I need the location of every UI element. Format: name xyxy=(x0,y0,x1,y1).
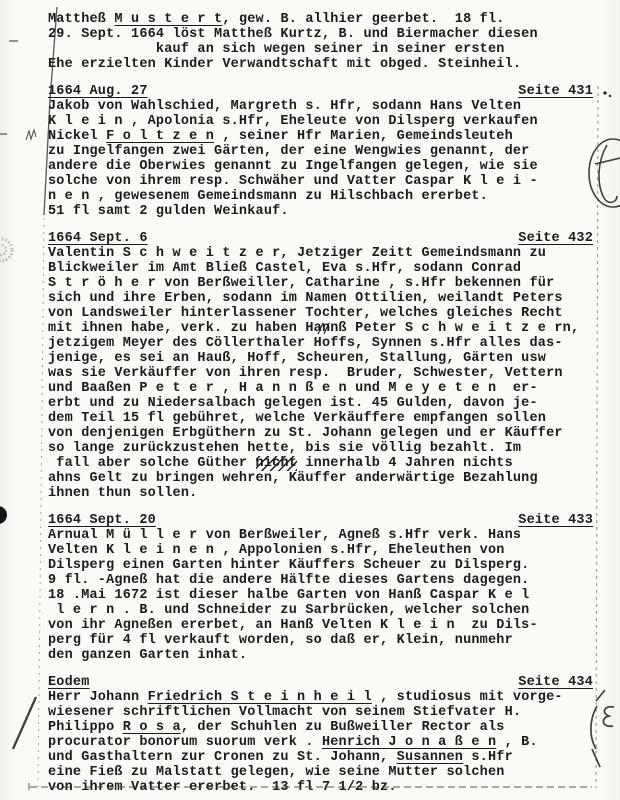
text-line: und Baaßen P e t e r , H a n n ß e n und… xyxy=(48,381,593,396)
text-line: ihnen thun sollen. xyxy=(48,486,593,501)
text-segment: eine Fieß zu Malstatt gelegen, wie seine… xyxy=(48,765,505,780)
underlined-name: R o s a xyxy=(123,720,181,735)
text-line: Mattheß M u s t e r t, gew. B. allhier g… xyxy=(48,12,593,27)
text-line: n e n , gewesenem Gemeindsmann zu Hilsch… xyxy=(48,189,593,204)
text-line: wiesener schriftlichen Vollmacht von sei… xyxy=(48,705,593,720)
entry-date: 1664 Aug. 27 xyxy=(48,84,148,99)
text-segment: so lange zurückzustehen hette, bis sie v… xyxy=(48,441,521,456)
text-segment: K l e i n , Apolonia s.Hfr, Eheleute von… xyxy=(48,114,538,129)
text-line: dem Teil 15 fl gebühret, welche Verkäuff… xyxy=(48,411,593,426)
text-segment: sich und ihre Erben, sodann im Namen Ott… xyxy=(48,291,563,306)
text-line: erbt und zu Niedersalbach gelegen ist. 4… xyxy=(48,396,593,411)
text-segment: Philippo xyxy=(48,720,123,735)
text-segment: von ihr Agneßen ererbet, an Hanß Velten … xyxy=(48,618,538,633)
text-segment: s.Hfr xyxy=(463,750,513,765)
text-segment: perg für 4 fl verkauft worden, so daß er… xyxy=(48,633,513,648)
ink-dot xyxy=(603,91,606,94)
text-segment: , gew. B. allhier geerbet. 18 fl. xyxy=(222,12,504,27)
underlined-name: Friedrich S t e i n h e i l xyxy=(148,690,372,705)
text-segment: Blickweiler im Amt Bließ Castel, Eva s.H… xyxy=(48,261,521,276)
text-segment: , seiner Hfr Marien, Gemeindsleuteh xyxy=(214,129,513,144)
text-line: solche von ihrem resp. Schwäher und Vatt… xyxy=(48,174,593,189)
text-segment: solche von ihrem resp. Schwäher und Vatt… xyxy=(48,174,538,189)
text-segment: den ganzen Garten inhat. xyxy=(48,648,247,663)
text-line: procurator bonorum suorum verk . Henrich… xyxy=(48,735,593,750)
text-line: jenige, es sei an Hauß, Hoff, Scheuren, … xyxy=(48,351,593,366)
text-segment: procurator bonorum suorum verk . xyxy=(48,735,322,750)
text-line: sich und ihre Erben, sodann im Namen Ott… xyxy=(48,291,593,306)
text-line: Ehe erzielten Kinder Verwandtschaft mit … xyxy=(48,57,593,72)
text-segment: was sie Verkäuffer von ihren resp. Brude… xyxy=(48,366,563,381)
text-segment: von Landsweiler hinterlassener Tochter, … xyxy=(48,306,563,321)
text-segment: von denjenigen Erbgüthern zu St. Johann … xyxy=(48,426,563,441)
text-segment: Jakob von Wahlschied, Margreth s. Hfr, s… xyxy=(48,99,521,114)
text-line: 18 .Mai 1672 ist dieser halbe Garten von… xyxy=(48,588,593,603)
text-segment: Valentin S c h w e i t z e r, Jetziger Z… xyxy=(48,246,546,261)
text-line: Jakob von Wahlschied, Margreth s. Hfr, s… xyxy=(48,99,593,114)
text-segment: und Gasthaltern zur Cronen zu St. Johann… xyxy=(48,750,397,765)
text-line: von ihr Agneßen ererbet, an Hanß Velten … xyxy=(48,618,593,633)
scanned-document-page: Mattheß M u s t e r t, gew. B. allhier g… xyxy=(0,0,620,800)
handwritten-circled-t-mark xyxy=(589,139,620,207)
handwritten-e-mark xyxy=(591,690,614,767)
text-line: Philippo R o s a, der Schuhlen zu Bußwei… xyxy=(48,720,593,735)
entry-page-ref: Seite 432 xyxy=(518,231,593,246)
entry-date: 1664 Sept. 20 xyxy=(48,513,156,528)
register-entry: 1664 Sept. 6Seite 432Valentin S c h w e … xyxy=(48,231,593,501)
entry-header: 1664 Aug. 27Seite 431 xyxy=(48,84,593,99)
text-line: perg für 4 fl verkauft worden, so daß er… xyxy=(48,633,593,648)
register-entry: Mattheß M u s t e r t, gew. B. allhier g… xyxy=(48,12,593,72)
handwritten-squiggle xyxy=(26,130,36,140)
text-segment: erbt und zu Niedersalbach gelegen ist. 4… xyxy=(48,396,538,411)
text-line: andere die Oberwies genannt zu Ingelfang… xyxy=(48,159,593,174)
text-line: jetzigem Meyer des Cöllerthaler Hoffs, S… xyxy=(48,336,593,351)
text-segment: Dilsperg einen Garten hinter Käuffers Sc… xyxy=(48,558,529,573)
text-segment: l e r n . B. und Schneider zu Sarbrücken… xyxy=(48,603,529,618)
entry-page-ref: Seite 433 xyxy=(518,513,593,528)
underlined-name: Susannen xyxy=(397,750,463,765)
text-segment: Velten K l e i n e n , Appolonien s.Hfr,… xyxy=(48,543,505,558)
text-segment: Mattheß xyxy=(48,12,114,27)
text-line: l e r n . B. und Schneider zu Sarbrücken… xyxy=(48,603,593,618)
text-segment: dem Teil 15 fl gebühret, welche Verkäuff… xyxy=(48,411,546,426)
text-line: ahns Gelt zu bringen wehren, Käuffer and… xyxy=(48,471,593,486)
struck-word: nicht xyxy=(256,456,298,471)
text-segment: von ihrem Vatter ererbet. 13 fl 7 1/2 bz… xyxy=(48,780,397,795)
text-line: 51 fl samt 2 gulden Weinkauf. xyxy=(48,204,593,219)
register-entry: 1664 Sept. 20Seite 433Arnual M ü l l e r… xyxy=(48,513,593,663)
entries: Mattheß M u s t e r t, gew. B. allhier g… xyxy=(48,12,593,795)
handwritten-slash xyxy=(13,697,36,749)
text-line: den ganzen Garten inhat. xyxy=(48,648,593,663)
text-line: zu Ingelfangen zwei Gärten, der eine Wen… xyxy=(48,144,593,159)
text-line: von ihrem Vatter ererbet. 13 fl 7 1/2 bz… xyxy=(48,780,593,795)
text-segment: andere die Oberwies genannt zu Ingelfang… xyxy=(48,159,538,174)
right-margin-rule xyxy=(596,86,598,788)
register-entry: 1664 Aug. 27Seite 431Jakob von Wahlschie… xyxy=(48,84,593,219)
text-segment: ahns Gelt zu bringen wehren, Käuffer and… xyxy=(48,471,538,486)
text-segment: , studiosus mit vorge- xyxy=(372,690,563,705)
text-segment: wiesener schriftlichen Vollmacht von sei… xyxy=(48,705,521,720)
text-segment: fall aber solche Güther xyxy=(48,456,256,471)
entry-date: Eodem xyxy=(48,675,90,690)
text-segment: n e n , gewesenem Gemeindsmann zu Hilsch… xyxy=(48,189,488,204)
ink-dot xyxy=(609,95,611,97)
text-segment: jetzigem Meyer des Cöllerthaler Hoffs, S… xyxy=(48,336,563,351)
text-segment: Herr Johann xyxy=(48,690,148,705)
ink-blob xyxy=(0,506,7,524)
entry-header: EodemSeite 434 xyxy=(48,675,593,690)
text-line: Dilsperg einen Garten hinter Käuffers Sc… xyxy=(48,558,593,573)
text-segment: 18 .Mai 1672 ist dieser halbe Garten von… xyxy=(48,588,529,603)
entry-page-ref: Seite 434 xyxy=(518,675,593,690)
text-line: von Landsweiler hinterlassener Tochter, … xyxy=(48,306,593,321)
text-segment: innerhalb 4 Jahren nichts xyxy=(297,456,513,471)
register-entry: EodemSeite 434Herr Johann Friedrich S t … xyxy=(48,675,593,795)
fingerprint-smudge xyxy=(0,239,12,261)
text-segment: , B. xyxy=(496,735,538,750)
text-line: 29. Sept. 1664 löst Mattheß Kurtz, B. un… xyxy=(48,27,593,42)
text-line: Valentin S c h w e i t z e r, Jetziger Z… xyxy=(48,246,593,261)
text-segment: 9 fl. -Agneß hat die andere Hälfte diese… xyxy=(48,573,529,588)
text-line: von denjenigen Erbgüthern zu St. Johann … xyxy=(48,426,593,441)
text-line: so lange zurückzustehen hette, bis sie v… xyxy=(48,441,593,456)
text-line: Herr Johann Friedrich S t e i n h e i l … xyxy=(48,690,593,705)
text-line: eine Fieß zu Malstatt gelegen, wie seine… xyxy=(48,765,593,780)
text-segment: 29. Sept. 1664 löst Mattheß Kurtz, B. un… xyxy=(48,27,538,42)
text-line: Blickweiler im Amt Bließ Castel, Eva s.H… xyxy=(48,261,593,276)
text-segment: S t r ö h e r von Berßweiller, Catharine… xyxy=(48,276,554,291)
text-segment: ihnen thun sollen. xyxy=(48,486,197,501)
text-line: fall aber solche Güther nicht innerhalb … xyxy=(48,456,593,471)
entry-page-ref: Seite 431 xyxy=(518,84,593,99)
text-line: K l e i n , Apolonia s.Hfr, Eheleute von… xyxy=(48,114,593,129)
text-line: kauf an sich wegen seiner in seiner erst… xyxy=(48,42,593,57)
text-line: S t r ö h e r von Berßweiller, Catharine… xyxy=(48,276,593,291)
text-line: was sie Verkäuffer von ihren resp. Brude… xyxy=(48,366,593,381)
entry-header: 1664 Sept. 20Seite 433 xyxy=(48,513,593,528)
underlined-name: Henrich J o n a ß e n xyxy=(322,735,496,750)
left-margin-rule-dotted xyxy=(38,218,44,788)
underlined-name: F o l t z e n xyxy=(106,129,214,144)
text-line: Arnual M ü l l e r von Berßweiler, Agneß… xyxy=(48,528,593,543)
text-line: Velten K l e i n e n , Appolonien s.Hfr,… xyxy=(48,543,593,558)
text-segment: , der Schuhlen zu Bußweiller Rector als xyxy=(181,720,505,735)
text-segment: 51 fl samt 2 gulden Weinkauf. xyxy=(48,204,289,219)
text-line: 9 fl. -Agneß hat die andere Hälfte diese… xyxy=(48,573,593,588)
text-segment: kauf an sich wegen seiner in seiner erst… xyxy=(48,42,505,57)
underlined-name: M u s t e r t xyxy=(114,12,222,27)
text-segment: Arnual M ü l l e r von Berßweiler, Agneß… xyxy=(48,528,521,543)
entry-date: 1664 Sept. 6 xyxy=(48,231,148,246)
entry-header: 1664 Sept. 6Seite 432 xyxy=(48,231,593,246)
text-line: und Gasthaltern zur Cronen zu St. Johann… xyxy=(48,750,593,765)
text-line: Nickel F o l t z e n , seiner Hfr Marien… xyxy=(48,129,593,144)
text-segment: mit ihnen habe, verk. zu haben Hannß Pet… xyxy=(48,321,579,336)
text-segment: Ehe erzielten Kinder Verwandtschaft mit … xyxy=(48,57,521,72)
text-segment: zu Ingelfangen zwei Gärten, der eine Wen… xyxy=(48,144,529,159)
text-line: mit ihnen habe, verk. zu haben Hannß Pet… xyxy=(48,321,593,336)
text-segment: und Baaßen P e t e r , H a n n ß e n und… xyxy=(48,381,538,396)
text-segment: Nickel xyxy=(48,129,106,144)
text-segment: jenige, es sei an Hauß, Hoff, Scheuren, … xyxy=(48,351,546,366)
